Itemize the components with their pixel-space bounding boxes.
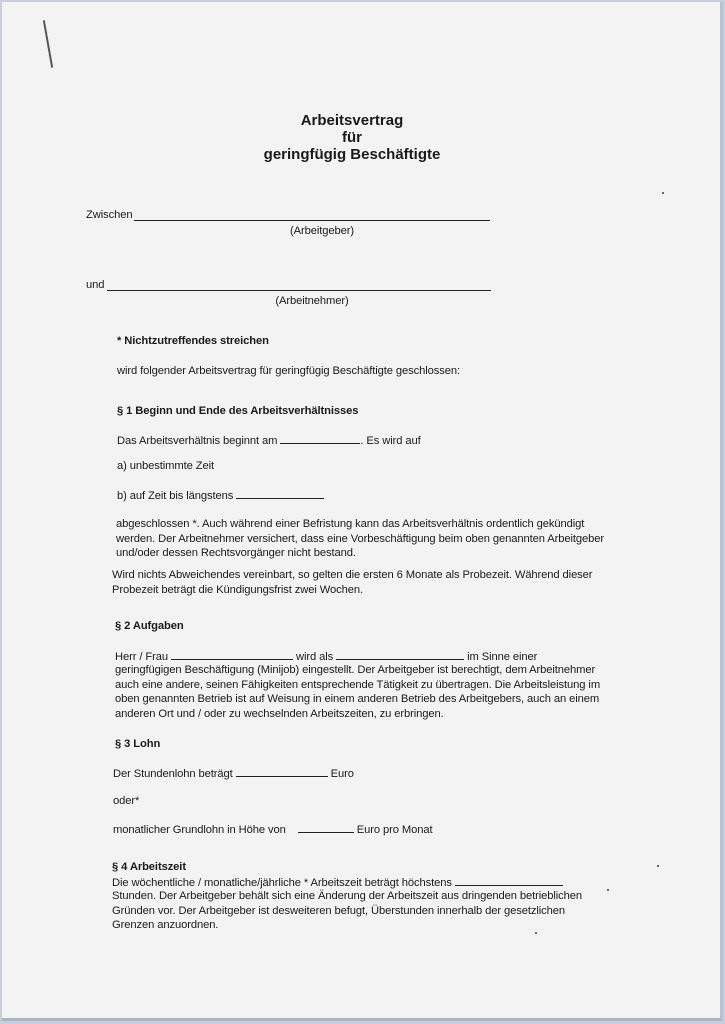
document-page: Arbeitsvertrag für geringfügig Beschäfti… [2, 2, 723, 1021]
document-title: Arbeitsvertrag für geringfügig Beschäfti… [202, 112, 502, 163]
text-line: abgeschlossen *. Auch während einer Befr… [116, 517, 604, 532]
employer-field[interactable] [134, 220, 490, 221]
text-line: Wird nichts Abweichendes vereinbart, so … [112, 568, 592, 583]
text-line: und/oder dessen Rechtsvorgänger nicht be… [116, 546, 604, 561]
title-line: geringfügig Beschäftigte [202, 146, 502, 163]
text-line: Gründen vor. Der Arbeitgeber ist desweit… [112, 904, 582, 919]
or-label: oder* [113, 794, 139, 808]
scan-speck [662, 192, 664, 194]
text-line: Stunden. Der Arbeitgeber behält sich ein… [112, 889, 582, 904]
hourly-prefix: Der Stundenlohn beträgt [113, 768, 233, 780]
employee-field[interactable] [107, 290, 491, 291]
employer-caption: (Arbeitgeber) [252, 224, 392, 238]
option-b: b) auf Zeit bis längstens [117, 488, 324, 503]
section-4-heading: § 4 Arbeitszeit [112, 860, 186, 874]
text-line: geringfügigen Beschäftigung (Minijob) ei… [115, 663, 600, 678]
max-hours-field[interactable] [455, 875, 563, 886]
hourly-wage-field[interactable] [236, 766, 328, 777]
start-suffix: . Es wird auf [360, 435, 420, 447]
role-prefix: Herr / Frau [115, 651, 168, 663]
scan-speck [657, 865, 659, 867]
option-a: a) unbestimmte Zeit [117, 459, 214, 473]
and-label: und [86, 278, 104, 292]
start-date-field[interactable] [280, 433, 360, 444]
text-line: oben genannten Betrieb ist auf Weisung i… [115, 692, 600, 707]
section-2-paragraph: geringfügigen Beschäftigung (Minijob) ei… [115, 663, 600, 721]
section-1-heading: § 1 Beginn und Ende des Arbeitsverhältni… [117, 404, 358, 418]
start-line: Das Arbeitsverhältnis beginnt am . Es wi… [117, 433, 421, 448]
monthly-prefix: monatlicher Grundlohn in Höhe von [113, 824, 286, 836]
pen-mark [43, 20, 53, 68]
role-mid: wird als [296, 651, 333, 663]
section-1-paragraph-2: Wird nichts Abweichendes vereinbart, so … [112, 568, 592, 597]
title-line: Arbeitsvertrag [202, 112, 502, 129]
text-line: Probezeit beträgt die Kündigungsfrist zw… [112, 583, 592, 598]
intro-text: wird folgender Arbeitsvertrag für gering… [117, 364, 460, 378]
text-line: werden. Der Arbeitnehmer versichert, das… [116, 532, 604, 547]
title-line: für [202, 129, 502, 146]
text-line: auch eine andere, seinen Fähigkeiten ent… [115, 678, 600, 693]
monthly-wage-field[interactable] [298, 822, 354, 833]
role-line: Herr / Frau wird als im Sinne einer [115, 649, 537, 664]
section-3-heading: § 3 Lohn [115, 737, 160, 751]
employee-name-field[interactable] [171, 649, 293, 660]
strike-note: * Nichtzutreffendes streichen [117, 334, 269, 348]
hourly-suffix: Euro [331, 768, 354, 780]
section-1-paragraph-1: abgeschlossen *. Auch während einer Befr… [116, 517, 604, 561]
working-hours-prefix: Die wöchentliche / monatliche/jährliche … [112, 877, 452, 889]
scan-speck [607, 889, 609, 891]
hourly-wage-line: Der Stundenlohn beträgt Euro [113, 766, 354, 781]
between-label: Zwischen [86, 208, 132, 222]
monthly-suffix: Euro pro Monat [357, 824, 433, 836]
monthly-wage-line: monatlicher Grundlohn in Höhe von Euro p… [113, 822, 432, 837]
section-2-heading: § 2 Aufgaben [115, 619, 184, 633]
text-line: anderen Ort und / oder zu wechselnden Ar… [115, 707, 600, 722]
start-prefix: Das Arbeitsverhältnis beginnt am [117, 435, 277, 447]
end-date-field[interactable] [236, 488, 324, 499]
working-hours-line: Die wöchentliche / monatliche/jährliche … [112, 875, 563, 890]
option-b-label: b) auf Zeit bis längstens [117, 490, 233, 502]
job-title-field[interactable] [336, 649, 464, 660]
text-line: Grenzen anzuordnen. [112, 918, 582, 933]
role-suffix: im Sinne einer [467, 651, 537, 663]
employee-caption: (Arbeitnehmer) [242, 294, 382, 308]
section-4-paragraph: Stunden. Der Arbeitgeber behält sich ein… [112, 889, 582, 933]
